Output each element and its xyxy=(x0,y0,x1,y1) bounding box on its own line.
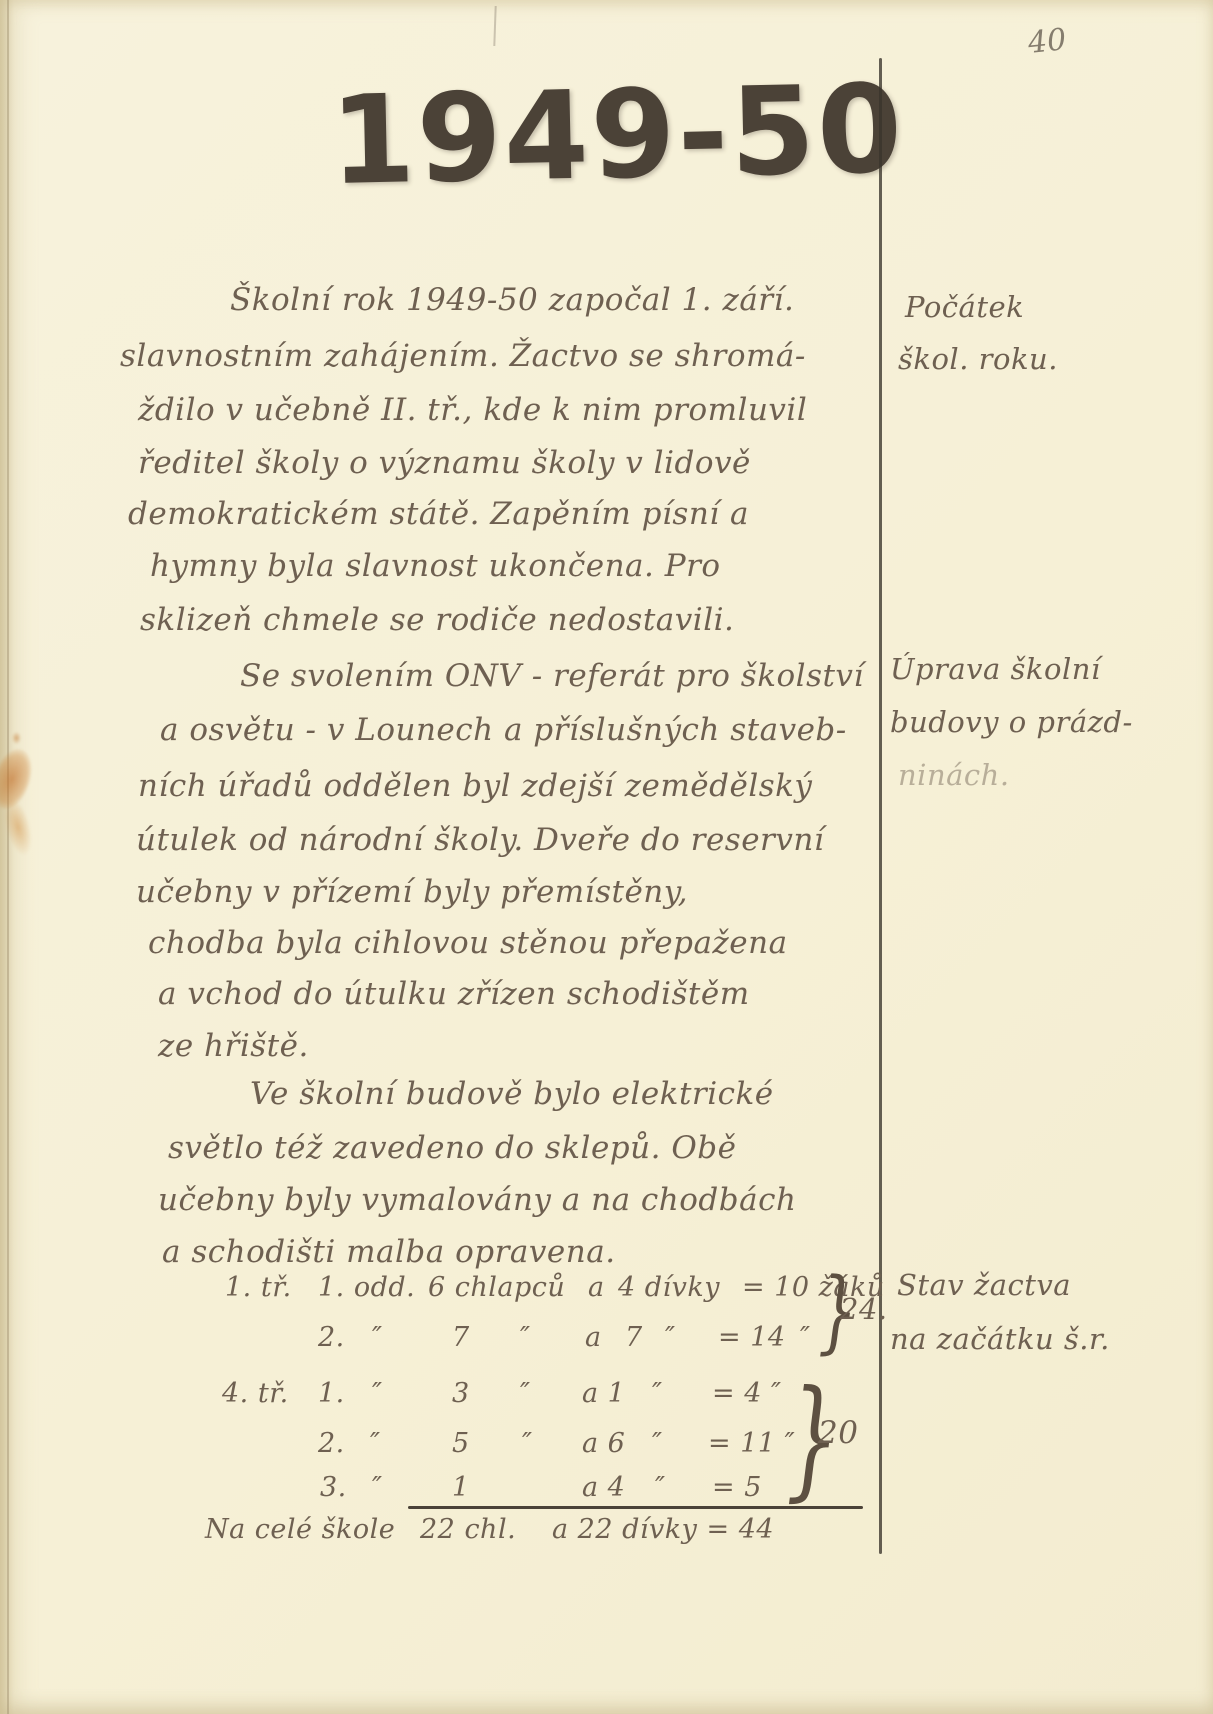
body-line: chodba byla cihlovou stěnou přepažena xyxy=(148,925,788,961)
body-line: učebny byly vymalovány a na chodbách xyxy=(158,1182,796,1218)
body-line: a schodišti malba opravena. xyxy=(162,1234,616,1270)
stat-cell: ″ xyxy=(520,1322,531,1353)
body-line: a osvětu - v Lounech a příslušných stave… xyxy=(160,712,847,748)
stat-cell: ″ xyxy=(652,1378,663,1409)
stat-cell: ″ xyxy=(665,1322,676,1353)
stat-cell: ″ xyxy=(520,1378,531,1409)
margin-note-building-repairs: ninách. xyxy=(898,758,1010,792)
stat-cell: 1 xyxy=(452,1472,470,1503)
stat-cell: 3 xyxy=(452,1378,470,1409)
body-line: světlo též zavedeno do sklepů. Obě xyxy=(168,1130,736,1166)
page-number: 40 xyxy=(1026,22,1068,61)
stat-cell: a xyxy=(588,1272,605,1303)
stat-cell: ″ xyxy=(370,1428,381,1459)
stat-cell: 5 xyxy=(452,1428,470,1459)
total-girls-sum: a 22 dívky = 44 xyxy=(552,1514,774,1545)
paper-stain xyxy=(12,732,21,744)
body-line: Ve školní budově bylo elektrické xyxy=(250,1076,774,1112)
stat-cell: = 5 xyxy=(712,1472,762,1503)
stat-cell: a xyxy=(585,1322,602,1353)
stat-cell: ″ xyxy=(652,1428,663,1459)
stat-cell: ″ xyxy=(372,1472,383,1503)
total-label: Na celé škole xyxy=(205,1514,395,1545)
body-line: útulek od národní školy. Dveře do reserv… xyxy=(136,822,824,858)
body-line: slavnostním zahájením. Žactvo se shromá- xyxy=(120,338,806,374)
year-title: 1949-50 xyxy=(329,58,906,212)
stat-cell: 2. xyxy=(318,1322,345,1353)
body-line: ze hřiště. xyxy=(158,1028,309,1064)
stat-cell: 6 chlapců xyxy=(428,1272,565,1303)
margin-note-building-repairs: Úprava školní xyxy=(890,652,1101,686)
margin-rule xyxy=(879,58,882,1554)
stat-cell: = 14 xyxy=(718,1322,786,1353)
body-line: a vchod do útulku zřízen schodištěm xyxy=(158,976,750,1012)
stat-cell: = 11 ″ xyxy=(708,1428,795,1459)
margin-note-pupil-count: Stav žactva xyxy=(897,1268,1071,1302)
total-boys: 22 chl. xyxy=(420,1514,516,1545)
body-line: ždilo v učebně II. tř., kde k nim promlu… xyxy=(138,392,807,428)
stat-cell: 4. tř. xyxy=(222,1378,289,1409)
stat-cell: = 4 ″ xyxy=(712,1378,782,1409)
stat-cell: 7 xyxy=(452,1322,470,1353)
stat-cell: 3. xyxy=(320,1472,347,1503)
stat-cell: 7 xyxy=(625,1322,643,1353)
body-line: ředitel školy o významu školy v lidově xyxy=(138,445,751,481)
stat-cell: 1. odd. xyxy=(318,1272,415,1303)
body-line: Školní rok 1949-50 započal 1. září. xyxy=(230,282,794,318)
body-line: Se svolením ONV - referát pro školství xyxy=(240,658,864,694)
margin-note-building-repairs: budovy o prázd- xyxy=(890,705,1133,739)
body-line: hymny byla slavnost ukončena. Pro xyxy=(150,548,721,584)
margin-note-start-of-year: Počátek xyxy=(905,290,1024,324)
page-left-edge-line xyxy=(7,0,9,1714)
body-line: sklizeň chmele se rodiče nedostavili. xyxy=(140,602,734,638)
margin-note-start-of-year: škol. roku. xyxy=(898,342,1058,376)
margin-note-pupil-count: na začátku š.r. xyxy=(890,1322,1110,1356)
stat-cell: a 4 xyxy=(582,1472,625,1503)
body-line: učebny v přízemí byly přemístěny, xyxy=(136,874,688,910)
brace-group-1-sum: 24. xyxy=(840,1292,888,1326)
stat-cell: ″ xyxy=(372,1322,383,1353)
stat-cell: 4 dívky xyxy=(618,1272,720,1303)
sum-line xyxy=(408,1506,863,1509)
brace-group-2-sum: 20 xyxy=(818,1415,858,1451)
body-line: ních úřadů oddělen byl zdejší zemědělský xyxy=(138,768,812,804)
body-line: demokratickém státě. Zapěním písní a xyxy=(128,496,749,532)
stat-cell: 2. xyxy=(318,1428,345,1459)
stat-cell: 1. xyxy=(318,1378,345,1409)
chronicle-page: 40 1949-50 Školní rok 1949-50 započal 1.… xyxy=(0,0,1213,1714)
stat-cell: ″ xyxy=(522,1428,533,1459)
stat-cell: ″ xyxy=(655,1472,666,1503)
stat-cell: a 1 xyxy=(582,1378,625,1409)
stat-cell: ″ xyxy=(372,1378,383,1409)
stat-cell: ″ xyxy=(800,1322,811,1353)
stat-cell: a 6 xyxy=(582,1428,625,1459)
crease-mark xyxy=(493,6,496,46)
stat-cell: 1. tř. xyxy=(225,1272,292,1303)
